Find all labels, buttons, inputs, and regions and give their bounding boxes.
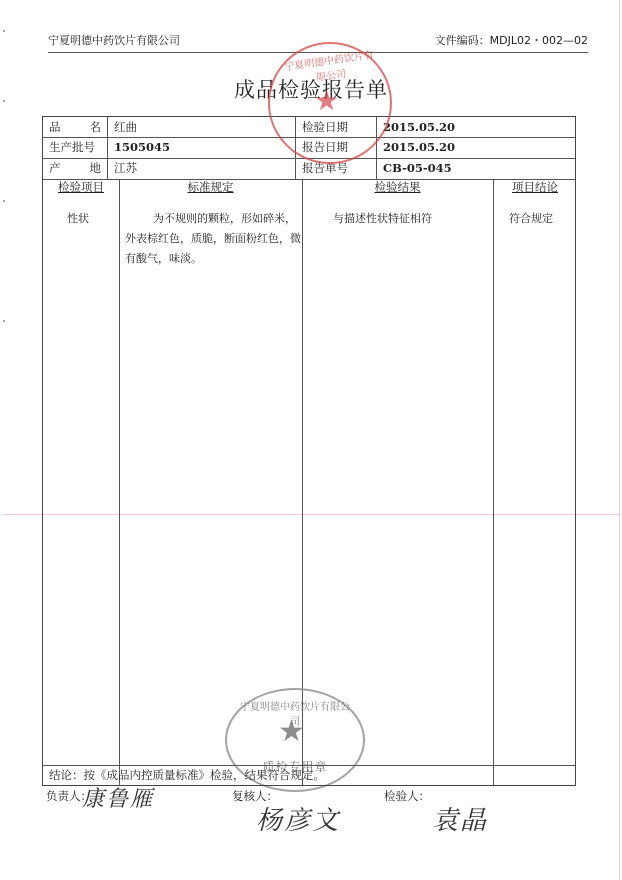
standard-line: 外表棕红色，质脆，断面粉红色，微 [125, 229, 301, 249]
scan-artifact [3, 30, 5, 32]
report-table: 品 名 红曲 检验日期 2015.05.20 生产批号 1505045 报告日期… [42, 116, 576, 786]
info-row-origin: 产 地 江苏 报告单号 CB-05-045 [43, 158, 575, 180]
report-no-value: CB-05-045 [376, 158, 575, 179]
company-name: 宁夏明德中药饮片有限公司 [48, 32, 180, 48]
inspector-label: 检验人： [384, 788, 430, 804]
origin-value: 江苏 [107, 158, 295, 179]
report-no-label: 报告单号 [295, 158, 376, 179]
column-header-item: 检验项目 [43, 179, 119, 199]
standard-text: 为不规则的颗粒，形如碎米， 外表棕红色，质脆，断面粉红色，微 有酸气，味淡。 [125, 209, 301, 269]
batch-label: 生产批号 [43, 137, 107, 158]
inspect-date-label: 检验日期 [295, 117, 376, 137]
inspect-date-value: 2015.05.20 [376, 117, 575, 137]
info-row-batch: 生产批号 1505045 报告日期 2015.05.20 [43, 137, 575, 159]
label-char: 地 [90, 158, 102, 179]
test-result: 与描述性状特征相符 [333, 209, 432, 229]
column-header-result: 检验结果 [302, 179, 493, 199]
label-char: 名 [90, 117, 102, 137]
test-item: 性状 [67, 209, 89, 229]
batch-value: 1505045 [107, 137, 295, 158]
document-code: 文件编码：MDJL02・002—02 [435, 32, 588, 48]
page-edge [619, 0, 620, 880]
column-divider [302, 179, 303, 785]
column-header-standard: 标准规定 [119, 179, 302, 199]
responsible-signature: 康鲁雁 [82, 782, 154, 813]
product-name-value: 红曲 [107, 117, 295, 137]
scan-artifact [3, 200, 5, 202]
standard-line: 为不规则的颗粒，形如碎米， [125, 209, 301, 229]
report-title: 成品检验报告单 [0, 74, 622, 104]
scan-artifact [3, 320, 5, 322]
info-row-product: 品 名 红曲 检验日期 2015.05.20 [43, 117, 575, 138]
product-name-label: 品 名 [43, 117, 107, 137]
inspector-signature: 袁晶 [432, 800, 488, 837]
document-header: 宁夏明德中药饮片有限公司 文件编码：MDJL02・002—02 [48, 30, 588, 53]
column-divider [119, 179, 120, 785]
item-conclusion: 符合规定 [509, 209, 553, 229]
column-header-conclusion: 项目结论 [493, 179, 577, 199]
report-date-label: 报告日期 [295, 137, 376, 158]
standard-line: 有酸气，味淡。 [125, 249, 301, 269]
label-char: 产 [49, 158, 61, 179]
column-divider [493, 179, 494, 785]
report-date-value: 2015.05.20 [376, 137, 575, 158]
origin-label: 产 地 [43, 158, 107, 179]
reviewer-signature: 杨彦文 [256, 800, 340, 837]
label-char: 品 [49, 117, 61, 137]
